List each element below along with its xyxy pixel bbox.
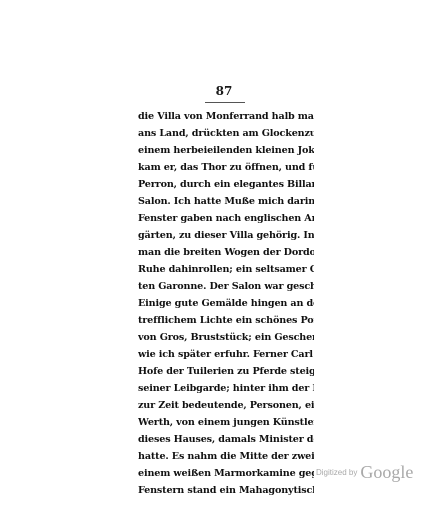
text-line: Hofe der Tuilerien zu Pferde steigend; i… (138, 363, 314, 380)
google-logo: Google (360, 462, 413, 482)
text-line: gärten, zu dieser Villa gehörig. In der … (138, 227, 314, 244)
watermark-prefix: Digitized by (316, 468, 357, 477)
text-line: einem weißen Marmorkamine gegenüber. Zwi… (138, 465, 314, 482)
text-line: wie ich später erfuhr. Ferner Carl X., i… (138, 346, 314, 363)
digitized-watermark: Digitized byGoogle (316, 462, 413, 483)
text-line: zur Zeit bedeutende, Personen, ein Gemäl… (138, 397, 314, 414)
text-line: Einige gute Gemälde hingen an den Wänden… (138, 295, 314, 312)
text-line: Salon. Ich hatte Muße mich darin umzuseh… (138, 193, 314, 210)
text-line: seiner Leibgarde; hinter ihm der Dauphin… (138, 380, 314, 397)
text-line: Werth, von einem jungen Künstler, den de… (138, 414, 314, 431)
header-divider (205, 102, 245, 103)
text-line: Fenstern stand ein Mahagonytisch mit Kun… (138, 482, 314, 499)
text-line: hatte. Es nahm die Mitte der zweiten Wan… (138, 448, 314, 465)
text-line: man die breiten Wogen der Dordogne, in i… (138, 244, 314, 261)
body-text: die Villa von Monferrand halb maskiren. … (138, 108, 314, 499)
page-number: 87 (0, 84, 448, 98)
text-line: Fenster gaben nach englischen Anlagen un… (138, 210, 314, 227)
text-line: dieses Hauses, damals Minister des Inner… (138, 431, 314, 448)
text-line: trefflichem Lichte ein schönes Porträt, … (138, 312, 314, 329)
text-line: die Villa von Monferrand halb maskiren. … (138, 108, 314, 125)
text-line: von Gros, Bruststück; ein Geschenk diese… (138, 329, 314, 346)
text-line: kam er, das Thor zu öffnen, und führte u… (138, 159, 314, 176)
text-line: ans Land, drückten am Glockenzuge und üb… (138, 125, 314, 142)
text-line: Perron, durch ein elegantes Billard-Zimm… (138, 176, 314, 193)
text-line: Ruhe dahinrollen; ein seltsamer Contrast… (138, 261, 314, 278)
text-line: einem herbeieilenden kleinen Jokey unser… (138, 142, 314, 159)
text-line: ten Garonne. Der Salon war geschmackvoll… (138, 278, 314, 295)
